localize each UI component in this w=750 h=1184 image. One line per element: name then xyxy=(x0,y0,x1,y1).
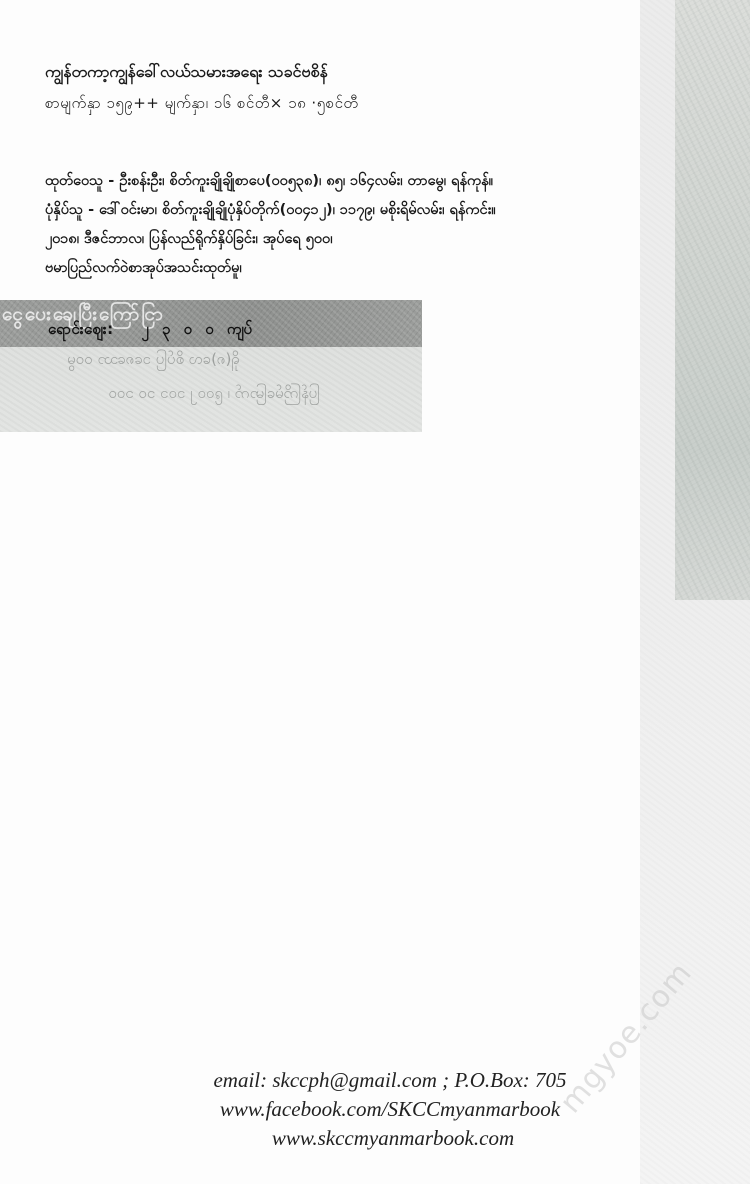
book-specs: စာမျက်နှာ ၁၅၉++ မျက်နှာ၊ ၁၆ စင်တီ× ၁၈ ·၅… xyxy=(45,92,359,115)
website-link: www.skccmyanmarbook.com xyxy=(150,1124,630,1153)
bleed-through-line: ပြန်ကြိမ်မြောက် ၊ ၉၀၀၂ ၁၀၁ ၁၀ ၁၀၀ xyxy=(109,384,320,406)
right-edge-dark-band xyxy=(675,0,750,600)
printer-line: ပုံနှိပ်သူ - ဒေါ်ဝင်းမာ၊ စိတ်ကူးချိုချို… xyxy=(45,196,496,225)
publisher-line: ထုတ်ဝေသူ - ဦးစန်းဦး၊ စိတ်ကူးချိုချိုစာပေ… xyxy=(45,167,496,196)
bleed-through-line: ရှိ(၈)လေ စိပ်ပြ ၁၈ေသော ၀၀မွ xyxy=(67,350,240,372)
edition-line: ၂၀၁၈၊ ဒီဇင်ဘာလ၊ ပြန်လည်ရိုက်နှိပ်ခြင်း၊ … xyxy=(45,225,496,254)
book-title: ကျွန်တကာ့ကျွန်ခေါ်လယ်သမားအရေး သခင်ဗစိန် xyxy=(45,60,328,83)
contact-block: email: skccph@gmail.com ; P.O.Box: 705 w… xyxy=(150,1066,630,1153)
price-amount: ၂ ၃ ၀ ၀ ကျပ် xyxy=(141,320,256,338)
price-line: ရောင်းဈေး: ၂ ၃ ၀ ၀ ကျပ် xyxy=(48,320,256,342)
price-label: ရောင်းဈေး: xyxy=(48,320,114,338)
publication-info: ထုတ်ဝေသူ - ဦးစန်းဦး၊ စိတ်ကူးချိုချိုစာပေ… xyxy=(45,167,496,283)
series-line: ဗမာပြည်လက်ဝဲစာအုပ်အသင်းထုတ်မူ၊ xyxy=(45,254,496,283)
